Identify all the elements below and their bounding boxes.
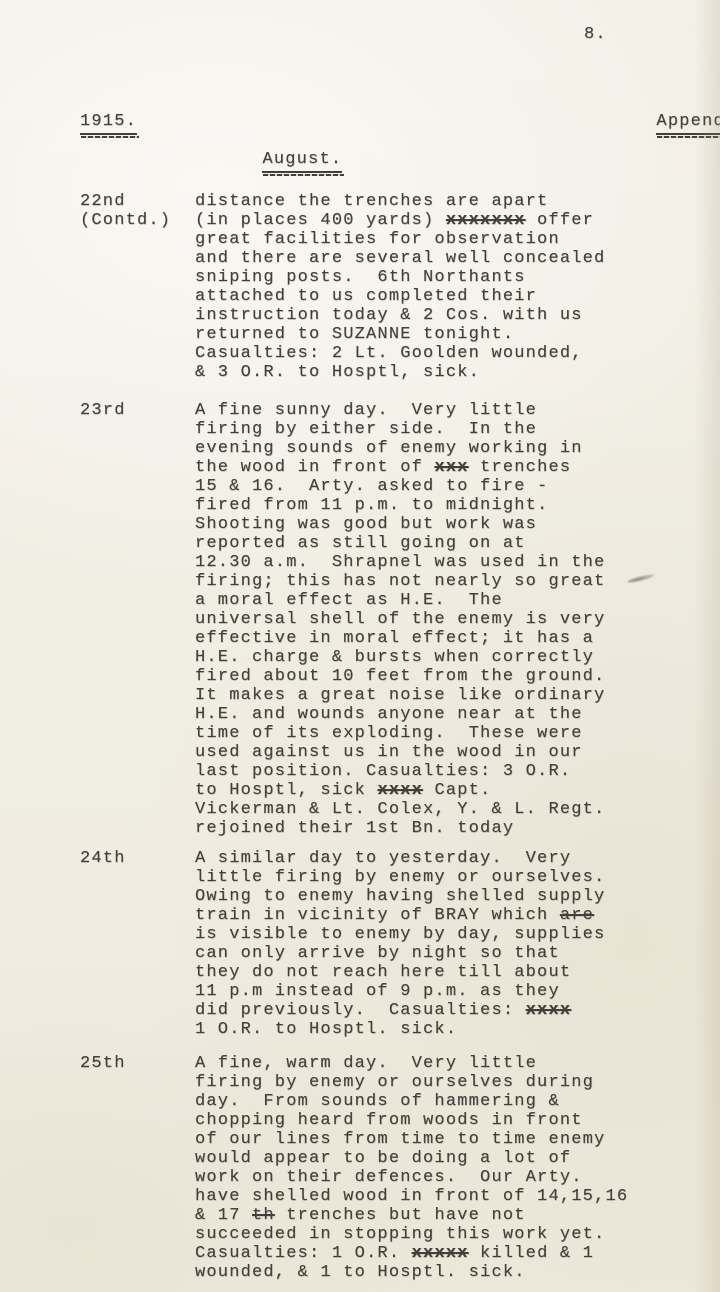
overstrike-correction: xxxx xyxy=(377,781,423,800)
overstrike-correction: xxxx xyxy=(526,1001,572,1020)
entry-line: distance the trenches are apart xyxy=(195,192,706,211)
entry-line: A similar day to yesterday. Very xyxy=(195,849,706,868)
appendix-heading: Appendix. xyxy=(656,112,720,135)
entry-line: A fine, warm day. Very little xyxy=(195,1054,706,1073)
entry-line: can only arrive by night so that xyxy=(195,944,706,963)
entry-line: fired from 11 p.m. to midnight. xyxy=(195,496,706,515)
entry-line: Vickerman & Lt. Colex, Y. & L. Regt. xyxy=(195,800,706,819)
entry-line: Casualties: 1 O.R. xxxxx killed & 1 xyxy=(195,1244,706,1263)
entry-line: evening sounds of enemy working in xyxy=(195,439,706,458)
entry-date: 23rd xyxy=(80,401,195,420)
entry-line: firing by either side. In the xyxy=(195,420,706,439)
entry-line: time of its exploding. These were xyxy=(195,724,706,743)
entry-line: and there are several well concealed xyxy=(195,249,706,268)
entry-line: they do not reach here till about xyxy=(195,963,706,982)
entry-body: distance the trenches are apart(in place… xyxy=(195,192,706,382)
entry-body: A similar day to yesterday. Verylittle f… xyxy=(195,849,706,1039)
entry-line: returned to SUZANNE tonight. xyxy=(195,325,706,344)
entry-line: is visible to enemy by day, supplies xyxy=(195,925,706,944)
entry-line: the wood in front of xxx trenches xyxy=(195,458,706,477)
entry-body: A fine, warm day. Very littlefiring by e… xyxy=(195,1054,706,1282)
diary-entry: 22nd (Contd.) distance the trenches are … xyxy=(80,192,706,382)
entry-line: to Hosptl, sick xxxx Capt. xyxy=(195,781,706,800)
page-number: 8. xyxy=(584,25,607,44)
entry-line: Owing to enemy having shelled supply xyxy=(195,887,706,906)
entry-line: of our lines from time to time enemy xyxy=(195,1130,706,1149)
overstrike-correction: xxx xyxy=(434,458,468,477)
diary-entry: 25th A fine, warm day. Very littlefiring… xyxy=(80,1054,706,1282)
entry-line: 12.30 a.m. Shrapnel was used in the xyxy=(195,553,706,572)
entry-date: 24th xyxy=(80,849,195,868)
entry-line: reported as still going on at xyxy=(195,534,706,553)
year-heading: 1915. xyxy=(80,112,137,135)
entry-line: & 3 O.R. to Hosptl, sick. xyxy=(195,363,706,382)
entry-line: succeeded in stopping this work yet. xyxy=(195,1225,706,1244)
entry-line: Shooting was good but work was xyxy=(195,515,706,534)
entry-line: & 17 th trenches but have not xyxy=(195,1206,706,1225)
entry-line: rejoined their 1st Bn. today xyxy=(195,819,706,838)
month-heading: August. xyxy=(262,150,342,173)
entry-line: work on their defences. Our Arty. xyxy=(195,1168,706,1187)
entry-line: instruction today & 2 Cos. with us xyxy=(195,306,706,325)
entry-line: 15 & 16. Arty. asked to fire - xyxy=(195,477,706,496)
entry-line: would appear to be doing a lot of xyxy=(195,1149,706,1168)
entry-line: effective in moral effect; it has a xyxy=(195,629,706,648)
entry-line: little firing by enemy or ourselves. xyxy=(195,868,706,887)
entry-line: A fine sunny day. Very little xyxy=(195,401,706,420)
entry-line: Casualties: 2 Lt. Goolden wounded, xyxy=(195,344,706,363)
entry-line: It makes a great noise like ordinary xyxy=(195,686,706,705)
entry-line: great facilities for observation xyxy=(195,230,706,249)
entry-line: H.E. charge & bursts when correctly xyxy=(195,648,706,667)
entry-line: firing by enemy or ourselves during xyxy=(195,1073,706,1092)
entry-line: day. From sounds of hammering & xyxy=(195,1092,706,1111)
entry-line: H.E. and wounds anyone near at the xyxy=(195,705,706,724)
entry-line: attached to us completed their xyxy=(195,287,706,306)
struck-word: th xyxy=(252,1206,275,1225)
struck-word: are xyxy=(560,906,594,925)
entry-line: wounded, & 1 to Hosptl. sick. xyxy=(195,1263,706,1282)
diary-page: 8. 1915. Appendix. August. 22nd (Contd.)… xyxy=(0,0,720,1292)
entry-line: a moral effect as H.E. The xyxy=(195,591,706,610)
entry-line: used against us in the wood in our xyxy=(195,743,706,762)
entry-line: did previously. Casualties: xxxx xyxy=(195,1001,706,1020)
entry-date: 22nd (Contd.) xyxy=(80,192,195,230)
entry-line: train in vicinity of BRAY which are xyxy=(195,906,706,925)
entry-date: 25th xyxy=(80,1054,195,1073)
entry-line: fired about 10 feet from the ground. xyxy=(195,667,706,686)
entry-line: (in places 400 yards) xxxxxxx offer xyxy=(195,211,706,230)
entry-line: universal shell of the enemy is very xyxy=(195,610,706,629)
diary-entry: 24th A similar day to yesterday. Verylit… xyxy=(80,849,706,1039)
entry-body: A fine sunny day. Very littlefiring by e… xyxy=(195,401,706,838)
entry-line: last position. Casualties: 3 O.R. xyxy=(195,762,706,781)
overstrike-correction: xxxxx xyxy=(412,1244,469,1263)
entry-line: chopping heard from woods in front xyxy=(195,1111,706,1130)
diary-entries: 22nd (Contd.) distance the trenches are … xyxy=(80,192,706,1282)
entry-line: 1 O.R. to Hosptl. sick. xyxy=(195,1020,706,1039)
entry-line: 11 p.m instead of 9 p.m. as they xyxy=(195,982,706,1001)
diary-entry: 23rd A fine sunny day. Very littlefiring… xyxy=(80,401,706,838)
entry-line: have shelled wood in front of 14,15,16 xyxy=(195,1187,706,1206)
entry-line: sniping posts. 6th Northants xyxy=(195,268,706,287)
overstrike-correction: xxxxxxx xyxy=(446,211,526,230)
